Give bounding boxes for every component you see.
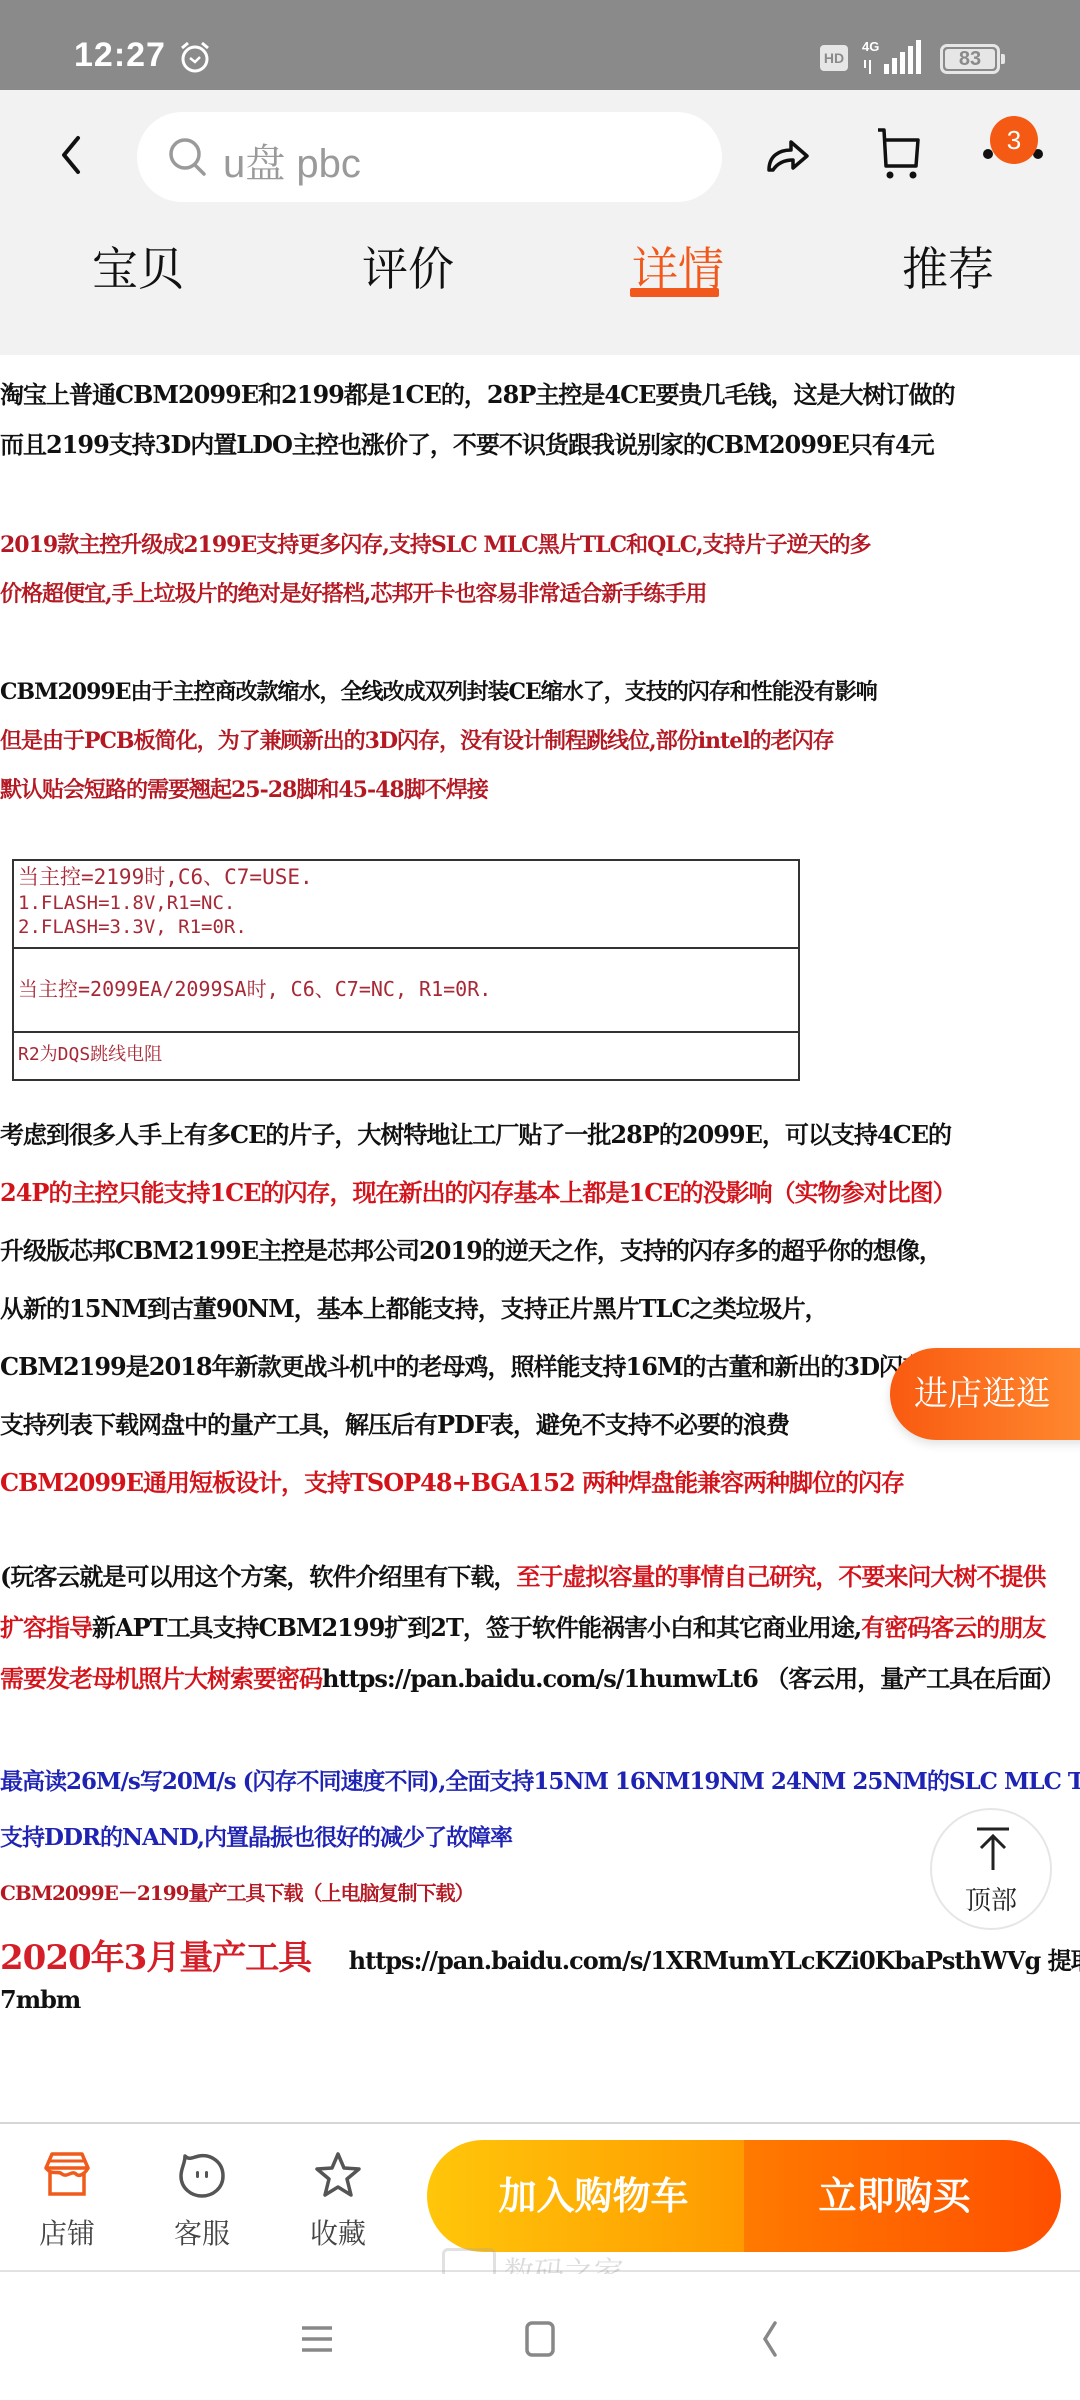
purchase-button-group: 加入购物车 立即购买 <box>427 2140 1061 2252</box>
tool-2020-title: 2020年3月量产工具 <box>0 1938 311 1978</box>
detail-line: 24P的主控只能支持1CE的闪存，现在新出的闪存基本上都是1CE的没影响（实物参… <box>0 1173 956 1208</box>
spec-row: R2为DQS跳线电阻 <box>14 1033 798 1079</box>
detail-line: 价格超便宜,手上垃圾片的绝对是好搭档,芯邦开卡也容易非常适合新手练手用 <box>0 577 706 608</box>
shop-label: 店铺 <box>17 2212 117 2252</box>
detail-line: CBM2099E由于主控商改款缩水，全线改成双列封装CE缩水了，支技的闪存和性能… <box>0 675 877 706</box>
download-title: CBM2099E－2199量产工具下载（上电脑复制下载） <box>0 1877 474 1906</box>
search-value: u盘 pbc <box>223 132 361 189</box>
svg-text:4G: 4G <box>862 39 879 54</box>
detail-content[interactable]: 淘宝上普通CBM2099E和2199都是1CE的，28P主控是4CE要贵几毛钱，… <box>0 355 1080 2120</box>
text-segment: 新APT工具支持CBM2199扩到2T，签于软件能祸害小白和其它商业用途, <box>92 1613 861 1642</box>
alarm-icon <box>178 40 212 74</box>
system-nav-bar <box>0 2274 1080 2400</box>
detail-line: 支持列表下载网盘中的量产工具，解压后有PDF表，避免不支持不必要的浪费 <box>0 1405 789 1440</box>
favorite-button[interactable]: 收藏 <box>288 2138 388 2258</box>
detail-line: (玩客云就是可以用这个方案，软件介绍里有下载，至于虚拟容量的事情自己研究，不要来… <box>0 1557 1045 1592</box>
detail-line: 但是由于PCB板简化，为了兼顾新出的3D闪存，没有设计制程跳线位,部份intel… <box>0 724 834 755</box>
spec-cell-text: 2.FLASH=3.3V, R1=0R. <box>18 915 798 939</box>
more-menu-button[interactable]: 3 <box>978 116 1048 176</box>
text-segment: 至于虚拟容量的事情自己研究，不要来问大树不提供 <box>516 1562 1045 1591</box>
tool-2020-code: 7mbm <box>0 1985 80 2014</box>
detail-line: 淘宝上普通CBM2099E和2199都是1CE的，28P主控是4CE要贵几毛钱，… <box>0 375 954 410</box>
spec-row: 当主控=2099EA/2099SA时, C6、C7=NC, R1=0R. <box>14 949 798 1033</box>
nav-back-icon[interactable] <box>745 2314 795 2364</box>
cart-icon[interactable] <box>874 126 924 182</box>
buy-now-button[interactable]: 立即购买 <box>744 2140 1061 2252</box>
detail-line: 支持DDR的NAND,内置晶振也很好的减少了故障率 <box>0 1819 512 1852</box>
spec-cell-text: 当主控=2099EA/2099SA时, C6、C7=NC, R1=0R. <box>18 975 798 1003</box>
spec-cell-text: 当主控=2199时,C6、C7=USE. <box>18 863 798 891</box>
back-to-top-button[interactable]: 顶部 <box>930 1808 1052 1930</box>
back-icon[interactable] <box>52 130 92 180</box>
text-segment: 有密码客云的朋友 <box>861 1613 1045 1642</box>
detail-line: 扩容指导新APT工具支持CBM2199扩到2T，签于软件能祸害小白和其它商业用途… <box>0 1608 1045 1643</box>
tool-2020-line: 2020年3月量产工具 https://pan.baidu.com/s/1XRM… <box>0 1930 1080 1979</box>
detail-line: 最高读26M/s写20M/s (闪存不同速度不同),全面支持15NM 16NM1… <box>0 1763 1080 1796</box>
shop-icon <box>42 2150 92 2200</box>
detail-line: CBM2099E通用短板设计，支持TSOP48+BGA152 两种焊盘能兼容两种… <box>0 1463 904 1498</box>
arrow-up-icon <box>973 1826 1013 1872</box>
enter-shop-button[interactable]: 进店逛逛 <box>890 1348 1080 1440</box>
menu-icon[interactable] <box>292 2314 342 2364</box>
share-icon[interactable] <box>763 130 813 180</box>
search-icon <box>167 136 209 178</box>
tool-2020-link: https://pan.baidu.com/s/1XRMumYLcKZi0Kba… <box>349 1946 1080 1975</box>
detail-line: 2019款主控升级成2199E支持更多闪存,支持SLC MLC黑片TLC和QLC… <box>0 528 871 559</box>
star-icon <box>313 2150 363 2200</box>
baidu-link-text: https://pan.baidu.com/s/1humwLt6 （客云用，量产… <box>322 1664 1064 1693</box>
battery-level: 83 <box>945 49 995 69</box>
customer-service-label: 客服 <box>152 2212 252 2252</box>
home-icon[interactable] <box>515 2314 565 2364</box>
detail-line: 升级版芯邦CBM2199E主控是芯邦公司2019的逆天之作，支持的闪存多的超乎你… <box>0 1231 942 1266</box>
spec-cell-text: R2为DQS跳线电阻 <box>18 1041 798 1069</box>
favorite-label: 收藏 <box>288 2212 388 2252</box>
spec-row: 当主控=2199时,C6、C7=USE. 1.FLASH=1.8V,R1=NC.… <box>14 861 798 949</box>
signal-icon: 4G <box>862 38 924 76</box>
customer-service-button[interactable]: 客服 <box>152 2138 252 2258</box>
text-segment: 需要发老母机照片大树索要密码 <box>0 1664 322 1693</box>
tab-bar: 宝贝 评价 详情 推荐 <box>0 225 1080 335</box>
detail-line: 而且2199支持3D内置LDO主控也涨价了，不要不识货跟我说别家的CBM2099… <box>0 425 934 460</box>
tab-recommend[interactable]: 推荐 <box>902 233 994 299</box>
search-input[interactable]: u盘 pbc <box>137 112 722 202</box>
text-segment: 扩容指导 <box>0 1613 92 1642</box>
spec-table: 当主控=2199时,C6、C7=USE. 1.FLASH=1.8V,R1=NC.… <box>12 859 800 1081</box>
detail-line: 需要发老母机照片大树索要密码https://pan.baidu.com/s/1h… <box>0 1659 1064 1694</box>
detail-line: 考虑到很多人手上有多CE的片子，大树特地让工厂贴了一批28P的2099E，可以支… <box>0 1115 951 1150</box>
header: u盘 pbc 3 宝贝 评价 详情 推荐 <box>0 90 1080 355</box>
back-to-top-label: 顶部 <box>932 1880 1050 1917</box>
customer-service-icon <box>177 2150 227 2200</box>
status-time: 12:27 <box>74 36 166 75</box>
hd-voice-icon: HD <box>820 45 848 71</box>
active-tab-indicator <box>630 288 719 297</box>
text-segment: (玩客云就是可以用这个方案，软件介绍里有下载， <box>0 1562 516 1591</box>
notification-badge: 3 <box>990 116 1038 164</box>
status-bar: 12:27 HD 4G 83 <box>0 0 1080 90</box>
add-to-cart-button[interactable]: 加入购物车 <box>427 2140 744 2252</box>
spec-cell-text: 1.FLASH=1.8V,R1=NC. <box>18 891 798 915</box>
tab-reviews[interactable]: 评价 <box>362 233 454 299</box>
shop-button[interactable]: 店铺 <box>17 2138 117 2258</box>
detail-line: 从新的15NM到古董90NM，基本上都能支持，支持正片黑片TLC之类垃圾片， <box>0 1289 828 1324</box>
battery-icon: 83 <box>940 44 1000 74</box>
detail-line: CBM2199是2018年新款更战斗机中的老母鸡，照样能支持16M的古董和新出的… <box>0 1347 925 1382</box>
tab-item[interactable]: 宝贝 <box>92 233 184 299</box>
detail-line: 默认贴会短路的需要翘起25-28脚和45-48脚不焊接 <box>0 773 488 804</box>
